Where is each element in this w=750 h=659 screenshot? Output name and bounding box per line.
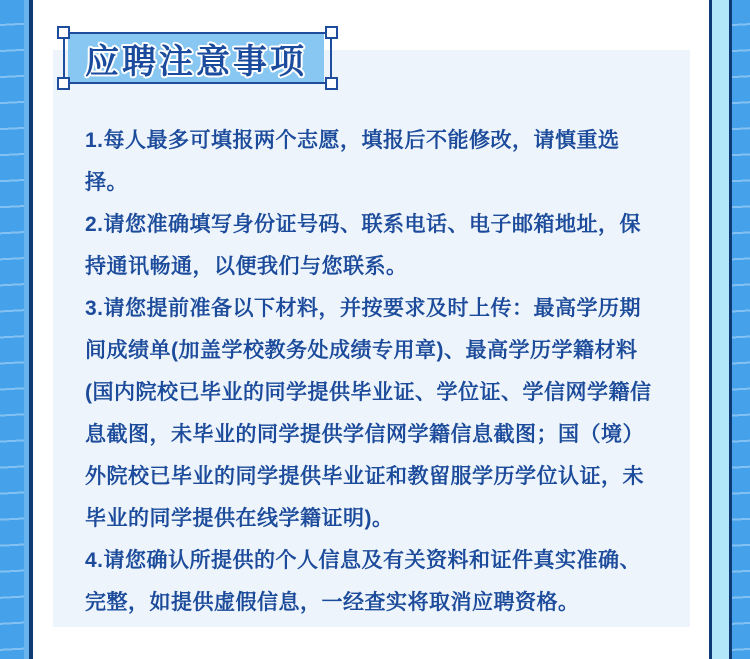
- selection-handle-top-right: [325, 26, 338, 39]
- right-cyan-border: [712, 0, 729, 659]
- selection-handle-top-left: [57, 26, 70, 39]
- selection-handle-bottom-right: [325, 77, 338, 90]
- notice-item-4: 4.请您确认所提供的个人信息及有关资料和证件真实准确、完整，如提供虚假信息，一经…: [85, 540, 660, 624]
- left-navy-divider: [29, 0, 33, 659]
- notice-item-1: 1.每人最多可填报两个志愿，填报后不能修改，请慎重选择。: [85, 120, 660, 204]
- notice-item-2: 2.请您准确填写身份证号码、联系电话、电子邮箱地址，保持通讯畅通，以便我们与您联…: [85, 204, 660, 288]
- notice-item-3: 3.请您提前准备以下材料，并按要求及时上传：最高学历期间成绩单(加盖学校教务处成…: [85, 288, 660, 540]
- right-stripe-border: [732, 0, 750, 659]
- title-selection-frame: [63, 32, 332, 84]
- selection-handle-bottom-left: [57, 77, 70, 90]
- notice-card: 1.每人最多可填报两个志愿，填报后不能修改，请慎重选择。 2.请您准确填写身份证…: [53, 50, 690, 627]
- left-stripe-border: [0, 0, 29, 659]
